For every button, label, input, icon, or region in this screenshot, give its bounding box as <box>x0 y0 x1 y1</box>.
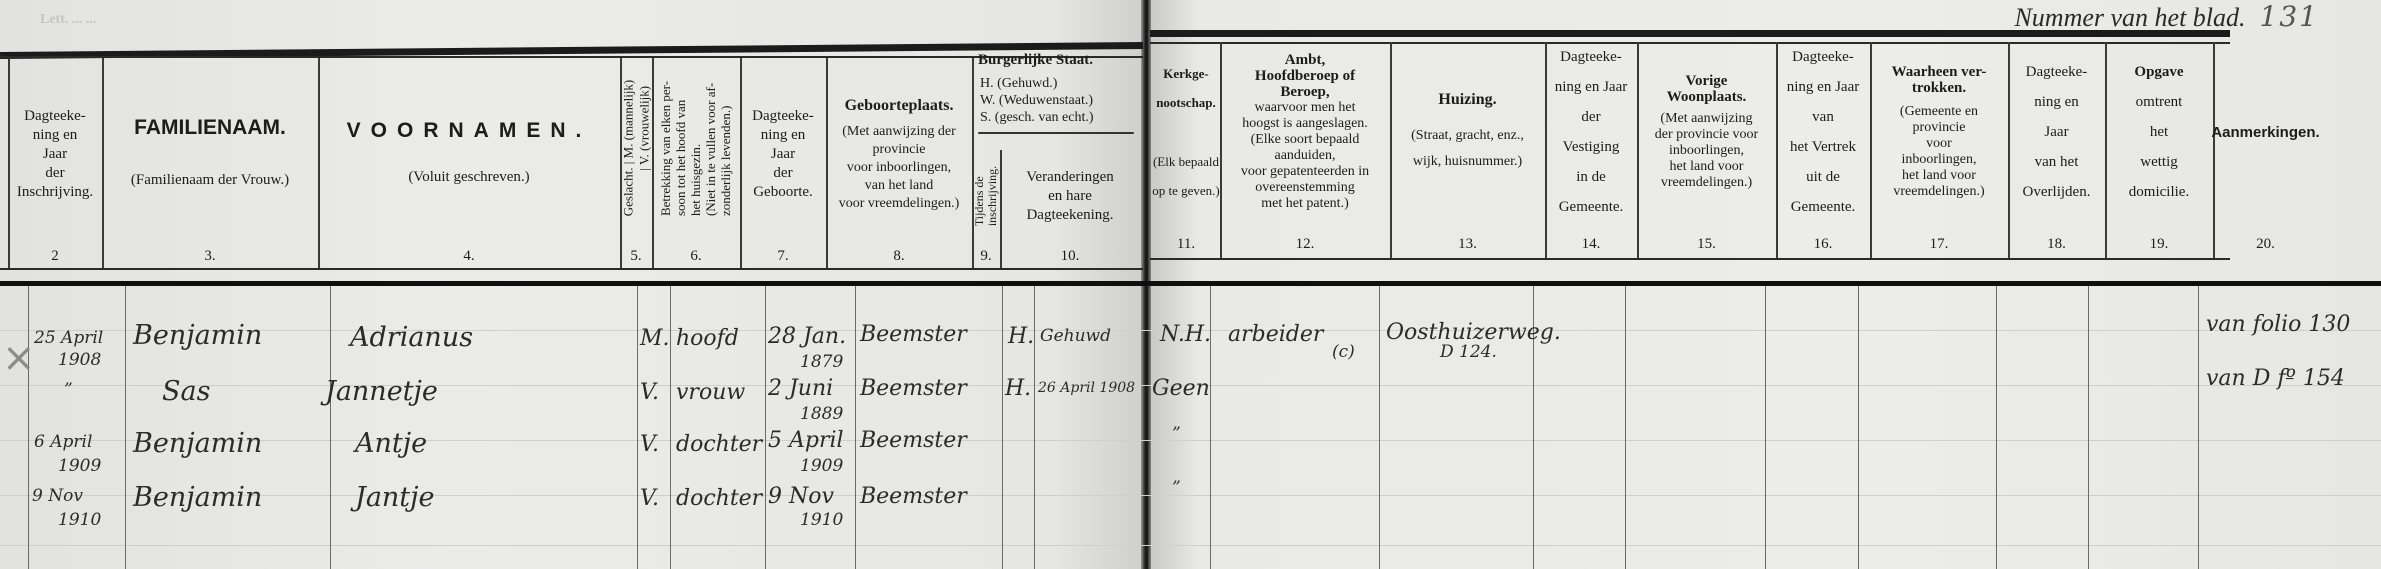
header-inschrijving: Dagteeke- ning en Jaar der Inschrijving. <box>8 66 102 242</box>
header-line: H. (Gehuwd.) <box>980 75 1140 92</box>
entry-kerkgenootschap: Geen <box>1152 376 1210 401</box>
header-line: Gemeente. <box>1559 192 1624 222</box>
entry-inschrijving-year: 1908 <box>58 350 101 370</box>
column-number: 18. <box>2008 236 2105 253</box>
header-line: het land voor <box>1893 168 1984 184</box>
header-line: | V. (vrouwelijk) <box>636 80 652 217</box>
sheet-label-text: Nummer van het blad. <box>2014 3 2245 33</box>
header-line: der <box>45 164 64 183</box>
entry-geboorte-date: 2 Juni <box>768 376 833 401</box>
entry-geboorte-year: 1889 <box>800 404 843 424</box>
header-line: ning en <box>2034 87 2079 117</box>
entry-inschrijving-date: ” <box>64 380 73 400</box>
entry-voornamen: Jantje <box>355 482 435 513</box>
entry-inschrijving-year: 1909 <box>58 456 101 476</box>
header-line: Veranderingen <box>1026 168 1113 187</box>
sheet-number-label: Nummer van het blad. 131 <box>2014 0 2319 33</box>
header-line: Jaar <box>771 145 795 164</box>
entry-geboorte-year: 1879 <box>800 352 843 372</box>
body-col-divider <box>1002 286 1003 569</box>
entry-geboorteplaats: Beemster <box>860 428 967 453</box>
header-line: waarvoor men het <box>1254 100 1355 116</box>
faint-header-text: Lett. ... ... <box>40 12 96 28</box>
body-col-divider <box>855 286 856 569</box>
header-line: op te geven.) <box>1152 181 1220 200</box>
header-subtitle: (Straat, gracht, enz., wijk, huisnummer.… <box>1411 123 1524 175</box>
entry-burgerlijke-staat: H. <box>1005 376 1031 401</box>
column-number: 17. <box>1870 236 2008 253</box>
header-line: in de <box>1576 162 1606 192</box>
header-line: Inschrijving. <box>17 183 93 202</box>
entry-betrekking: vrouw <box>676 380 745 405</box>
body-col-divider <box>1379 286 1380 569</box>
header-line: voor inboorlingen, <box>839 159 960 177</box>
column-number: 7. <box>740 248 826 265</box>
entry-geboorte-year: 1910 <box>800 510 843 530</box>
header-line: W. (Weduwenstaat.) <box>980 92 1140 109</box>
body-col-divider <box>1996 286 1997 569</box>
body-col-divider <box>1625 286 1626 569</box>
entry-voornamen: Adrianus <box>350 322 473 353</box>
entry-geboorte-year: 1909 <box>800 456 843 476</box>
entry-familienaam: Benjamin <box>133 482 262 513</box>
header-title: Woonplaats. <box>1667 89 1747 105</box>
header-familienaam: FAMILIENAAM. (Familienaam der Vrouw.) <box>102 66 318 242</box>
body-col-divider <box>2088 286 2089 569</box>
header-line: omtrent <box>2136 87 2183 117</box>
column-number: 20. <box>2213 236 2318 253</box>
header-line: voor gepatenteerden in <box>1241 164 1369 180</box>
entry-betrekking: hoofd <box>676 326 739 351</box>
entry-geboorteplaats: Beemster <box>860 322 967 347</box>
entry-veranderingen: 26 April 1908 <box>1038 380 1135 396</box>
column-number: 14. <box>1545 236 1637 253</box>
body-top-rule <box>0 281 2381 286</box>
header-line: vreemdelingen.) <box>1655 175 1758 191</box>
header-geslacht: Geslacht. | M. (mannelijk) | V. (vrouwel… <box>620 52 652 244</box>
entry-geboorte-date: 28 Jan. <box>768 324 846 349</box>
header-line: (Met aanwijzing der <box>839 123 960 141</box>
header-line: provincie <box>839 141 960 159</box>
header-line: Overlijden. <box>2023 177 2091 207</box>
header-line: (Met aanwijzing <box>1655 111 1758 127</box>
entry-voornamen: Antje <box>355 428 427 459</box>
header-waarheen-vertrokken: Waarheen ver- trokken. (Gemeente en prov… <box>1870 44 2008 220</box>
body-col-divider <box>1765 286 1766 569</box>
header-line: (Straat, gracht, enz., <box>1411 123 1524 149</box>
header-title: VOORNAMEN. <box>347 121 592 140</box>
header-line: ning en <box>33 126 78 145</box>
body-col-divider <box>2198 286 2199 569</box>
column-number: 4. <box>318 248 620 265</box>
header-line: ning en <box>761 126 806 145</box>
header-subtitle: (Met aanwijzing der provincie voor inboo… <box>839 123 960 213</box>
header-line: (Niet in te vullen voor af- <box>704 80 719 215</box>
header-line: Dagteekening. <box>1026 206 1113 225</box>
header-betrekking: Betrekking van elken per- soon tot het h… <box>652 52 740 244</box>
header-title: Hoofdberoep of <box>1255 68 1355 84</box>
header-line: wijk, huisnummer.) <box>1411 149 1524 175</box>
header-line: uit de <box>1806 162 1840 192</box>
column-number: 11. <box>1152 236 1220 253</box>
header-subtitle: (Familienaam der Vrouw.) <box>131 171 289 190</box>
header-line: domicilie. <box>2129 177 2189 207</box>
header-line: Geboorte. <box>753 183 813 202</box>
header-line: het <box>2150 117 2168 147</box>
header-huizing: Huizing. (Straat, gracht, enz., wijk, hu… <box>1390 44 1545 220</box>
header-line: der <box>773 164 792 183</box>
header-subtitle: (Gemeente en provincie voor inboorlingen… <box>1893 104 1984 200</box>
header-line: (Gemeente en <box>1893 104 1984 120</box>
row-guide <box>0 545 2381 546</box>
header-top-rule-right <box>1150 30 2230 37</box>
header-line: inboorlingen, <box>1655 143 1758 159</box>
header-title: Waarheen ver- <box>1892 64 1987 80</box>
body-col-divider <box>670 286 671 569</box>
entry-familienaam: Sas <box>162 376 210 407</box>
header-line: ning en Jaar <box>1787 72 1859 102</box>
entry-kerkgenootschap: ” <box>1172 478 1181 498</box>
column-number: 10. <box>1000 248 1140 265</box>
colnum-rule-left <box>0 268 1143 270</box>
entry-geboorte-date: 9 Nov <box>768 484 834 509</box>
wavy-divider <box>978 132 1134 134</box>
header-title: Geboorteplaats. <box>845 96 954 115</box>
header-line: hoogst is aangeslagen. <box>1242 116 1368 132</box>
entry-inschrijving-date: 25 April <box>34 328 103 348</box>
header-title: Vorige <box>1667 73 1747 89</box>
entry-betrekking: dochter <box>676 486 762 511</box>
column-number: 9. <box>972 248 1000 265</box>
column-number: 3. <box>102 248 318 265</box>
entry-familienaam: Benjamin <box>133 320 262 351</box>
header-overlijden: Dagteeke- ning en Jaar van het Overlijde… <box>2008 44 2105 220</box>
entry-aanmerkingen: van folio 130 <box>2206 312 2350 337</box>
header-line: voor vreemdelingen.) <box>839 195 960 213</box>
header-line: provincie <box>1893 120 1984 136</box>
entry-familienaam: Benjamin <box>133 428 262 459</box>
entry-geslacht: V. <box>640 380 659 405</box>
header-line: Betrekking van elken per- <box>659 80 674 215</box>
header-line: Vestiging <box>1563 132 1620 162</box>
header-line: der provincie voor <box>1655 127 1758 143</box>
header-line: wettig <box>2140 147 2178 177</box>
column-number: 12. <box>1220 236 1390 253</box>
header-line: van het land <box>839 177 960 195</box>
header-title: nootschap. <box>1156 93 1216 112</box>
sheet-number: 131 <box>2260 0 2319 33</box>
header-line: het Vertrek <box>1790 132 1856 162</box>
header-title: Huizing. <box>1438 90 1496 109</box>
header-geboorte: Dagteeke- ning en Jaar der Geboorte. <box>740 66 826 242</box>
header-line: Dagteeke- <box>2026 57 2088 87</box>
entry-huizing-number: D 124. <box>1440 342 1497 362</box>
header-line: der <box>1581 102 1600 132</box>
header-title: Aanmerkingen. <box>2211 123 2319 142</box>
header-title: FAMILIENAAM. <box>134 118 286 137</box>
header-vorige-woonplaats: Vorige Woonplaats. (Met aanwijzing der p… <box>1637 44 1776 220</box>
entry-kerkgenootschap: N.H. <box>1160 322 1211 347</box>
entry-burgerlijke-staat: H. <box>1008 324 1034 349</box>
header-line: Geslacht. | M. (mannelijk) <box>620 80 636 217</box>
header-vestiging: Dagteeke- ning en Jaar der Vestiging in … <box>1545 44 1637 220</box>
header-line: Dagteeke- <box>752 107 814 126</box>
header-aanmerkingen: Aanmerkingen. <box>2213 44 2318 220</box>
header-domicilie: Opgave omtrent het wettig domicilie. <box>2105 44 2213 220</box>
header-line: vreemdelingen.) <box>1893 184 1984 200</box>
entry-geboorteplaats: Beemster <box>860 376 967 401</box>
column-number: 2 <box>8 248 102 265</box>
entry-geboorteplaats: Beemster <box>860 484 967 509</box>
column-number: 19. <box>2105 236 2213 253</box>
body-col-divider <box>637 286 638 569</box>
entry-betrekking: dochter <box>676 432 762 457</box>
header-line: inschrijving. <box>986 166 999 226</box>
header-line: S. (gesch. van echt.) <box>980 109 1140 126</box>
entry-aanmerkingen: van D fº 154 <box>2206 366 2345 391</box>
header-line: Dagteeke- <box>1560 42 1622 72</box>
column-number: 8. <box>826 248 972 265</box>
header-subtitle: (Met aanwijzing der provincie voor inboo… <box>1655 111 1758 191</box>
body-col-divider <box>765 286 766 569</box>
entry-geslacht: V. <box>640 486 659 511</box>
header-title: trokken. <box>1892 80 1987 96</box>
header-line: (Elk bepaald <box>1153 152 1219 171</box>
header-voornamen: VOORNAMEN. (Voluit geschreven.) <box>318 66 620 242</box>
entry-kerkgenootschap: ” <box>1172 424 1181 444</box>
column-number: 15. <box>1637 236 1776 253</box>
column-number: 5. <box>620 248 652 265</box>
header-title: Opgave <box>2134 57 2183 87</box>
entry-veranderingen: Gehuwd <box>1040 326 1111 346</box>
header-line: voor <box>1893 136 1984 152</box>
entry-inschrijving-year: 1910 <box>58 510 101 530</box>
header-title: Ambt, <box>1285 52 1325 68</box>
header-subtitle: (Voluit geschreven.) <box>408 168 529 187</box>
header-line: inboorlingen, <box>1893 152 1984 168</box>
header-line: aanduiden, <box>1274 148 1335 164</box>
entry-inschrijving-date: 6 April <box>34 432 92 452</box>
header-line: het land voor <box>1655 159 1758 175</box>
header-line: zonderlijk levenden.) <box>719 80 734 215</box>
header-line: Dagteeke- <box>1792 42 1854 72</box>
entry-geslacht: M. <box>640 326 670 351</box>
header-line: Gemeente. <box>1791 192 1856 222</box>
header-geboorteplaats: Geboorteplaats. (Met aanwijzing der prov… <box>826 66 972 242</box>
entry-inschrijving-date: 9 Nov <box>32 486 83 506</box>
header-line: Jaar <box>2044 117 2068 147</box>
header-line: Jaar <box>43 145 67 164</box>
margin-cross-mark: × <box>2 335 36 381</box>
header-title: Burgerlijke Staat. <box>972 52 1140 69</box>
header-line: het huisgezin. <box>689 80 704 215</box>
header-burgerlijke-staat: Burgerlijke Staat. H. (Gehuwd.) W. (Wedu… <box>972 52 1140 134</box>
header-vertrek: Dagteeke- ning en Jaar van het Vertrek u… <box>1776 44 1870 220</box>
header-tijdens-inschrijving: Tijdens de inschrijving. <box>972 148 1000 244</box>
body-col-divider <box>28 286 29 569</box>
entry-beroep-note: (c) <box>1332 342 1355 362</box>
column-number: 13. <box>1390 236 1545 253</box>
body-col-divider <box>1858 286 1859 569</box>
colnum-rule-right <box>1150 258 2230 260</box>
header-line: Tijdens de <box>973 166 986 226</box>
entry-geboorte-date: 5 April <box>768 428 844 453</box>
header-line: van het <box>2035 147 2079 177</box>
entry-voornamen: Jannetje <box>325 376 438 407</box>
header-kerkgenootschap: Kerkge- nootschap. (Elk bepaald op te ge… <box>1152 44 1220 220</box>
column-number: 6. <box>652 248 740 265</box>
header-line: en hare <box>1048 187 1092 206</box>
body-col-divider <box>125 286 126 569</box>
header-line: soon tot het hoofd van <box>674 80 689 215</box>
header-beroep: Ambt, Hoofdberoep of Beroep, waarvoor me… <box>1220 44 1390 220</box>
header-line: overeenstemming <box>1255 180 1355 196</box>
header-line: Dagteeke- <box>24 107 86 126</box>
header-title: Kerkge- <box>1163 64 1208 83</box>
header-line: ning en Jaar <box>1555 72 1627 102</box>
header-line: met het patent.) <box>1261 196 1348 212</box>
header-title: Beroep, <box>1280 84 1329 100</box>
header-veranderingen: Veranderingen en hare Dagteekening. <box>1000 150 1140 242</box>
body-col-divider <box>330 286 331 569</box>
column-number: 16. <box>1776 236 1870 253</box>
entry-geslacht: V. <box>640 432 659 457</box>
header-line: van <box>1812 102 1834 132</box>
entry-beroep: arbeider <box>1228 322 1323 347</box>
header-line: (Elke soort bepaald <box>1251 132 1360 148</box>
